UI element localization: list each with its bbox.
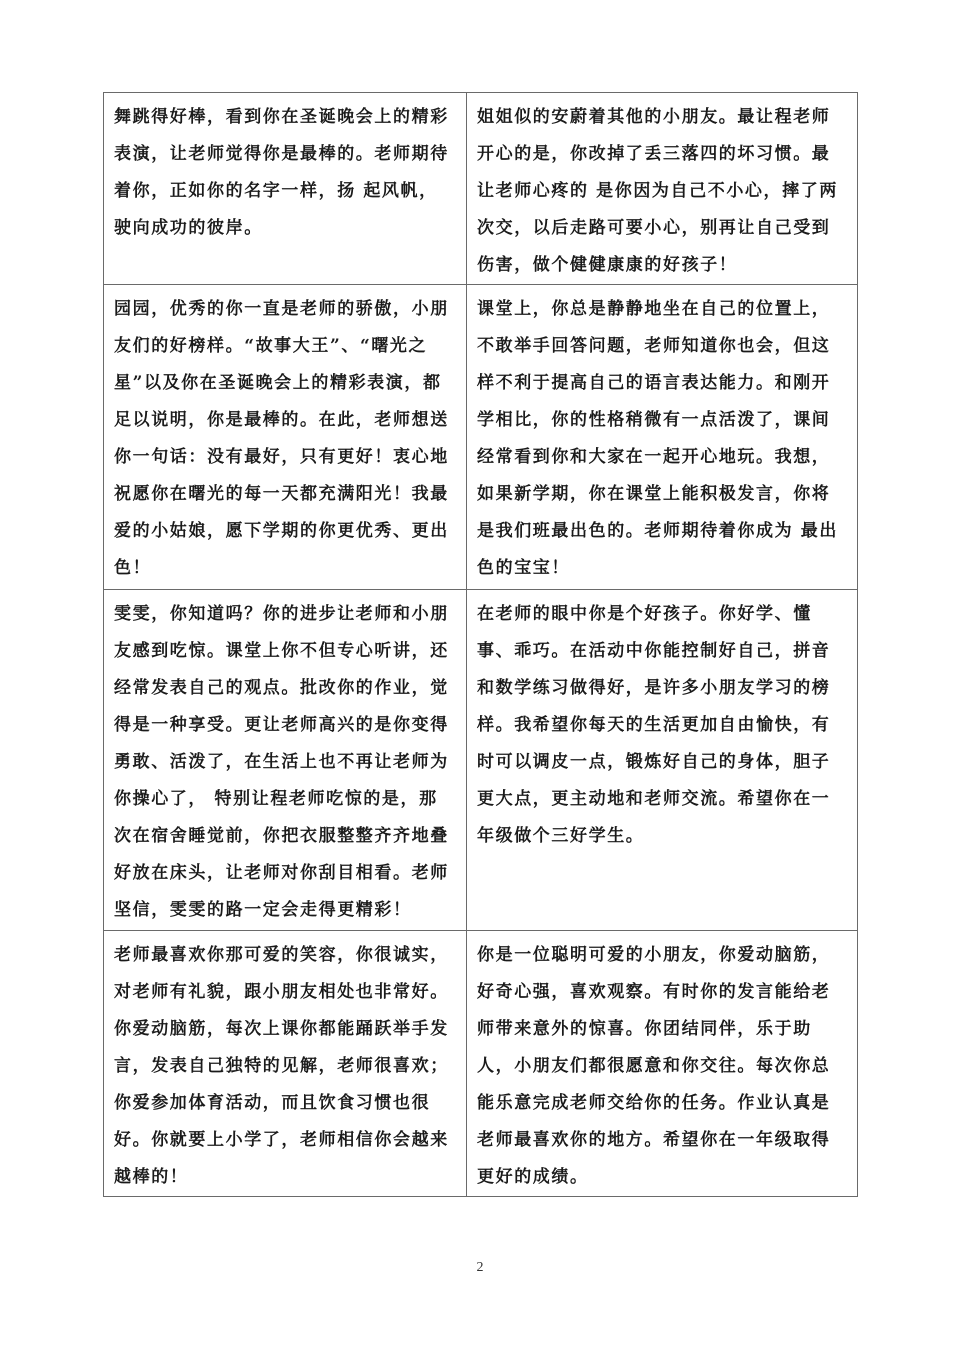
table-row: 舞跳得好棒，看到你在圣诞晚会上的精彩表演，让老师觉得你是最棒的。老师期待着你，正…: [104, 93, 858, 285]
comment-cell: 你是一位聪明可爱的小朋友，你爱动脑筋，好奇心强，喜欢观察。有时你的发言能给老师带…: [467, 931, 858, 1197]
comment-cell: 舞跳得好棒，看到你在圣诞晚会上的精彩表演，让老师觉得你是最棒的。老师期待着你，正…: [104, 93, 467, 285]
comment-cell: 在老师的眼中你是个好孩子。你好学、懂事、乖巧。在活动中你能控制好自己，拼音和数学…: [467, 590, 858, 931]
comment-cell: 雯雯，你知道吗？你的进步让老师和小朋友感到吃惊。课堂上你不但专心听讲，还经常发表…: [104, 590, 467, 931]
comment-cell: 老师最喜欢你那可爱的笑容，你很诚实，对老师有礼貌，跟小朋友相处也非常好。你爱动脑…: [104, 931, 467, 1197]
comment-cell: 园园，优秀的你一直是老师的骄傲，小朋友们的好榜样。“故事大王”、“曙光之星”以及…: [104, 285, 467, 590]
comment-cell: 课堂上，你总是静静地坐在自己的位置上，不敢举手回答问题，老师知道你也会，但这样不…: [467, 285, 858, 590]
table-row: 园园，优秀的你一直是老师的骄傲，小朋友们的好榜样。“故事大王”、“曙光之星”以及…: [104, 285, 858, 590]
comment-cell: 姐姐似的安蔚着其他的小朋友。最让程老师开心的是，你改掉了丢三落四的坏习惯。最让老…: [467, 93, 858, 285]
page-number: 2: [0, 1260, 960, 1276]
document-page: 舞跳得好棒，看到你在圣诞晚会上的精彩表演，让老师觉得你是最棒的。老师期待着你，正…: [0, 0, 960, 1358]
teacher-comments-table: 舞跳得好棒，看到你在圣诞晚会上的精彩表演，让老师觉得你是最棒的。老师期待着你，正…: [103, 92, 858, 1197]
table-row: 老师最喜欢你那可爱的笑容，你很诚实，对老师有礼貌，跟小朋友相处也非常好。你爱动脑…: [104, 931, 858, 1197]
table-row: 雯雯，你知道吗？你的进步让老师和小朋友感到吃惊。课堂上你不但专心听讲，还经常发表…: [104, 590, 858, 931]
